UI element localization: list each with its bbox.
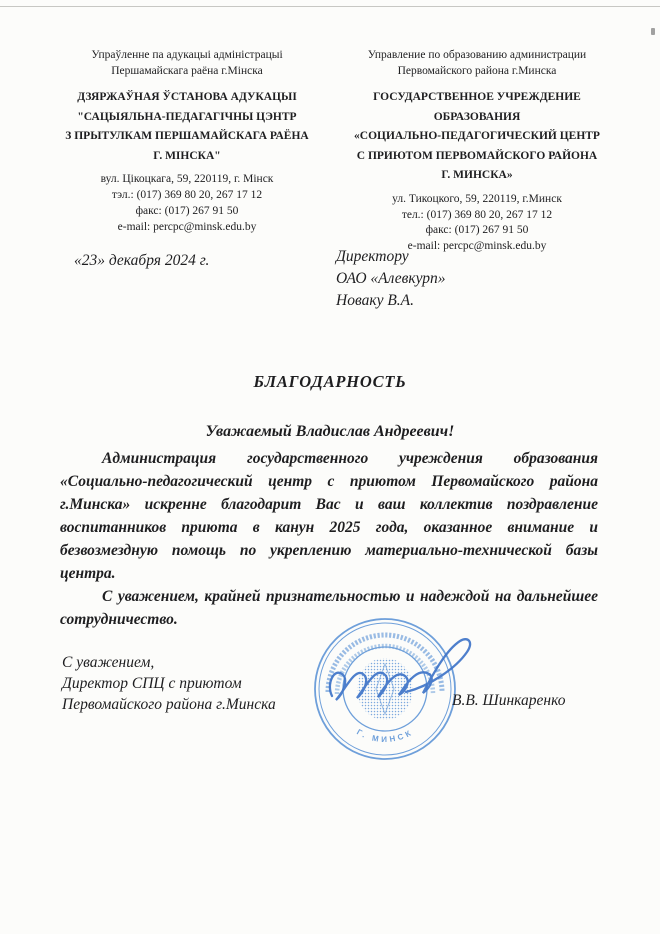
svg-text:Г. МИНСК: Г. МИНСК <box>355 727 415 744</box>
letterhead: Упраўленне па адукацыі адміністрацыі Пер… <box>52 48 612 255</box>
body-text: Администрация государственного учреждени… <box>60 447 598 631</box>
letterhead-right-column: Управление по образованию администрации … <box>338 48 612 255</box>
org-line: Г. МІНСКА" <box>52 147 322 167</box>
document-date: «23» декабря 2024 г. <box>74 252 209 270</box>
recipient-line: Новаку В.А. <box>336 290 446 312</box>
authority-name-ru: Управление по образованию администрации … <box>342 48 612 79</box>
organization-name-ru: ГОСУДАРСТВЕННОЕ УЧРЕЖДЕНИЕ ОБРАЗОВАНИЯ «… <box>342 88 612 186</box>
org-line: ГОСУДАРСТВЕННОЕ УЧРЕЖДЕНИЕ ОБРАЗОВАНИЯ <box>342 88 612 127</box>
org-line: З ПРЫТУЛКАМ ПЕРШАМАЙСКАГА РАЁНА <box>52 127 322 147</box>
organization-name-by: ДЗЯРЖАЎНАЯ ЎСТАНОВА АДУКАЦЫІ "САЦЫЯЛЬНА-… <box>52 88 322 166</box>
org-line: Г. МИНСКА» <box>342 166 612 186</box>
fax-line: факс: (017) 267 91 50 <box>52 204 322 220</box>
salutation: Уважаемый Владислав Андреевич! <box>0 423 660 441</box>
handwritten-signature <box>318 628 483 723</box>
fax-line: факс: (017) 267 91 50 <box>342 223 612 239</box>
authority-line: Першамайскага раёна г.Мінска <box>52 64 322 80</box>
phone-line: тел.: (017) 369 80 20, 267 17 12 <box>342 208 612 224</box>
org-line: "САЦЫЯЛЬНА-ПЕДАГАГІЧНЫ ЦЭНТР <box>52 108 322 128</box>
contacts-by: вул. Цікоцкага, 59, 220119, г. Мінск тэл… <box>52 172 322 235</box>
authority-line: Первомайского района г.Минска <box>342 64 612 80</box>
recipient-line: Директору <box>336 246 446 268</box>
phone-line: тэл.: (017) 369 80 20, 267 17 12 <box>52 188 322 204</box>
address-line: ул. Тикоцкого, 59, 220119, г.Минск <box>342 192 612 208</box>
address-line: вул. Цікоцкага, 59, 220119, г. Мінск <box>52 172 322 188</box>
letterhead-left-column: Упраўленне па адукацыі адміністрацыі Пер… <box>52 48 338 255</box>
org-line: «СОЦИАЛЬНО-ПЕДАГОГИЧЕСКИЙ ЦЕНТР <box>342 127 612 147</box>
scan-edge-artifact <box>0 6 660 7</box>
authority-name-by: Упраўленне па адукацыі адміністрацыі Пер… <box>52 48 322 79</box>
body-paragraph: С уважением, крайней признательностью и … <box>60 585 598 631</box>
closing-line: С уважением, <box>62 652 276 673</box>
authority-line: Упраўленне па адукацыі адміністрацыі <box>52 48 322 64</box>
org-line: С ПРИЮТОМ ПЕРВОМАЙСКОГО РАЙОНА <box>342 147 612 167</box>
scanned-letter-page: Упраўленне па адукацыі адміністрацыі Пер… <box>0 0 660 934</box>
document-title: БЛАГОДАРНОСТЬ <box>0 372 660 392</box>
closing-block: С уважением, Директор СПЦ с приютом Перв… <box>62 652 276 715</box>
closing-line: Первомайского района г.Минска <box>62 694 276 715</box>
recipient-line: ОАО «Алевкурп» <box>336 268 446 290</box>
email-line: e-mail: percpc@minsk.edu.by <box>52 220 322 236</box>
authority-line: Управление по образованию администрации <box>342 48 612 64</box>
stamp-bottom-text: Г. МИНСК <box>355 727 415 744</box>
org-line: ДЗЯРЖАЎНАЯ ЎСТАНОВА АДУКАЦЫІ <box>52 88 322 108</box>
scan-speck-artifact <box>651 28 655 35</box>
closing-line: Директор СПЦ с приютом <box>62 673 276 694</box>
body-paragraph: Администрация государственного учреждени… <box>60 447 598 585</box>
recipient-block: Директору ОАО «Алевкурп» Новаку В.А. <box>336 246 446 312</box>
signature-scribble-icon <box>318 628 483 723</box>
